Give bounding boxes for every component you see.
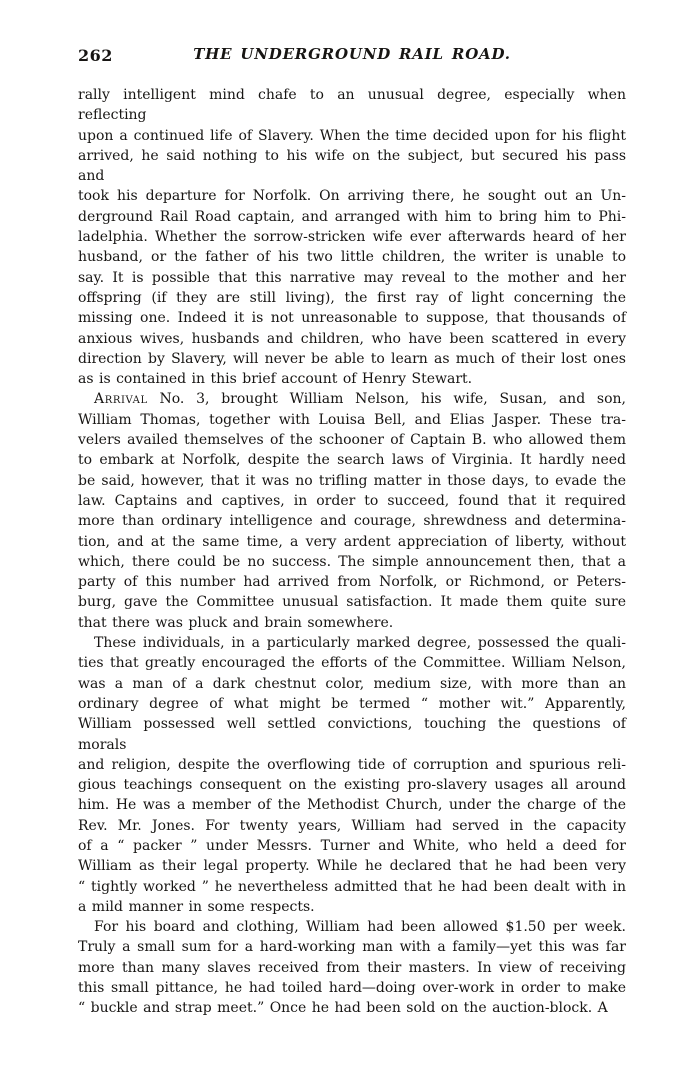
text-line: ladelphia. Whether the sorrow-stricken w… [78,227,626,247]
text-line: took his departure for Norfolk. On arriv… [78,186,626,206]
text-line: ordinary degree of what might be termed … [78,694,626,714]
text-line: rally intelligent mind chafe to an unusu… [78,85,626,126]
text-line: burg, gave the Committee unusual satisfa… [78,592,626,612]
page-text: rally intelligent mind chafe to an unusu… [78,85,626,1019]
text-line: “ buckle and strap meet.” Once he had be… [78,998,626,1018]
paragraph: For his board and clothing, William had … [78,917,626,1018]
text-line: him. He was a member of the Methodist Ch… [78,795,626,815]
text-line: “ tightly worked ” he nevertheless admit… [78,877,626,897]
text-line: that there was pluck and brain somewhere… [78,613,626,633]
text-line: a mild manner in some respects. [78,897,626,917]
text-line: William possessed well settled convictio… [78,714,626,755]
text-line: of a “ packer ” under Messrs. Turner and… [78,836,626,856]
text-line: These individuals, in a particularly mar… [78,633,626,653]
text-line: say. It is possible that this narrative … [78,268,626,288]
page-header: 262 THE UNDERGROUND RAIL ROAD. [78,45,626,67]
text-line: William Thomas, together with Louisa Bel… [78,410,626,430]
text-line: For his board and clothing, William had … [78,917,626,937]
paragraph: These individuals, in a particularly mar… [78,633,626,917]
text-line: Arrival No. 3, brought William Nelson, h… [78,389,626,409]
text-line: tion, and at the same time, a very arden… [78,532,626,552]
page-number: 262 [78,46,113,65]
text-line: derground Rail Road captain, and arrange… [78,207,626,227]
text-line: offspring (if they are still living), th… [78,288,626,308]
text-line: was a man of a dark chestnut color, medi… [78,674,626,694]
text-line: Rev. Mr. Jones. For twenty years, Willia… [78,816,626,836]
text-line: to embark at Norfolk, despite the search… [78,450,626,470]
text-line: which, there could be no success. The si… [78,552,626,572]
text-line: party of this number had arrived from No… [78,572,626,592]
running-title: THE UNDERGROUND RAIL ROAD. [78,45,626,63]
text-line: ties that greatly encouraged the efforts… [78,653,626,673]
text-line: and religion, despite the overflowing ti… [78,755,626,775]
text-line: anxious wives, husbands and children, wh… [78,329,626,349]
text-line: as is contained in this brief account of… [78,369,626,389]
text-line: Truly a small sum for a hard-working man… [78,937,626,957]
text-line: be said, however, that it was no triflin… [78,471,626,491]
text-line: William as their legal property. While h… [78,856,626,876]
smallcaps-lead: Arrival [94,391,148,407]
text-line: upon a continued life of Slavery. When t… [78,126,626,146]
book-page: 262 THE UNDERGROUND RAIL ROAD. rally int… [0,0,700,1074]
text-line: law. Captains and captives, in order to … [78,491,626,511]
text-line: this small pittance, he had toiled hard—… [78,978,626,998]
text-line: gious teachings consequent on the existi… [78,775,626,795]
text-line: direction by Slavery, will never be able… [78,349,626,369]
text-line: velers availed themselves of the schoone… [78,430,626,450]
text-line: arrived, he said nothing to his wife on … [78,146,626,187]
paragraph: rally intelligent mind chafe to an unusu… [78,85,626,389]
paragraph: Arrival No. 3, brought William Nelson, h… [78,389,626,633]
text-line: missing one. Indeed it is not unreasonab… [78,308,626,328]
text-line: more than many slaves received from thei… [78,958,626,978]
text-line: more than ordinary intelligence and cour… [78,511,626,531]
text-line: husband, or the father of his two little… [78,247,626,267]
